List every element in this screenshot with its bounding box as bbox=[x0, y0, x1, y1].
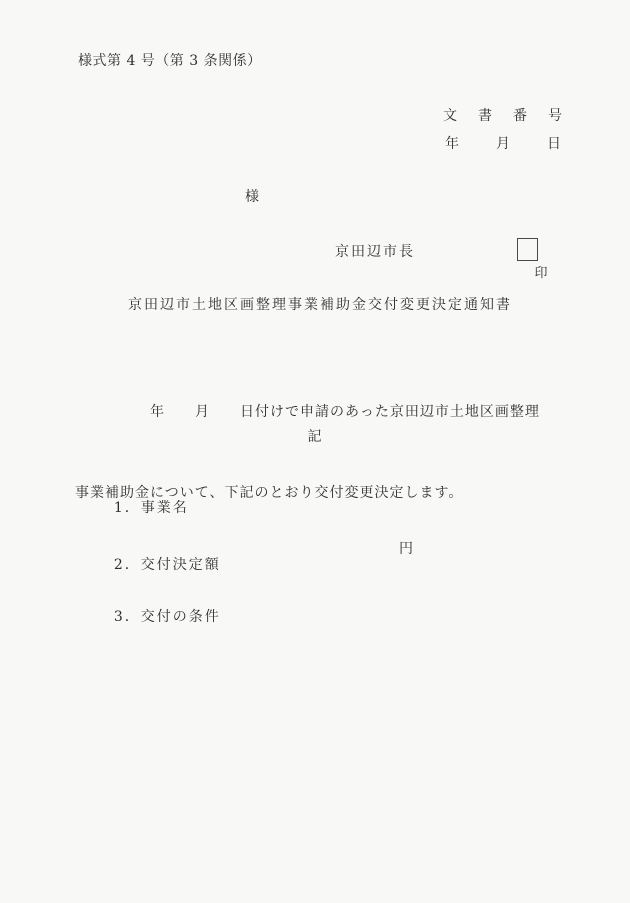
date-placeholder: 年 月 日 bbox=[445, 133, 564, 153]
form-number: 様式第 4 号（第 3 条関係） bbox=[78, 50, 262, 70]
document-title: 京田辺市土地区画整理事業補助金交付変更決定通知書 bbox=[128, 294, 512, 314]
document-page: 様式第 4 号（第 3 条関係） 文 書 番 号 年 月 日 様 京田辺市長 印… bbox=[0, 0, 630, 903]
record-marker: 記 bbox=[0, 426, 630, 446]
item-label: 1．事業名 bbox=[114, 500, 189, 516]
list-item-grant-conditions: 3．交付の条件 bbox=[88, 590, 221, 642]
addressee-honorific: 様 bbox=[245, 186, 259, 206]
sender-name: 京田辺市長 bbox=[335, 241, 415, 261]
yen-unit: 円 bbox=[399, 538, 413, 558]
item-label: 3．交付の条件 bbox=[114, 609, 221, 625]
doc-number-label: 文 書 番 号 bbox=[443, 105, 566, 125]
list-item-project-name: 1．事業名 bbox=[88, 481, 189, 533]
body-line-1: 年 月 日付けで申請のあった京田辺市土地区画整理 bbox=[75, 399, 575, 426]
seal-box: 印 bbox=[517, 238, 538, 261]
seal-label: 印 bbox=[535, 266, 548, 281]
item-label: 2．交付決定額 bbox=[114, 557, 221, 573]
